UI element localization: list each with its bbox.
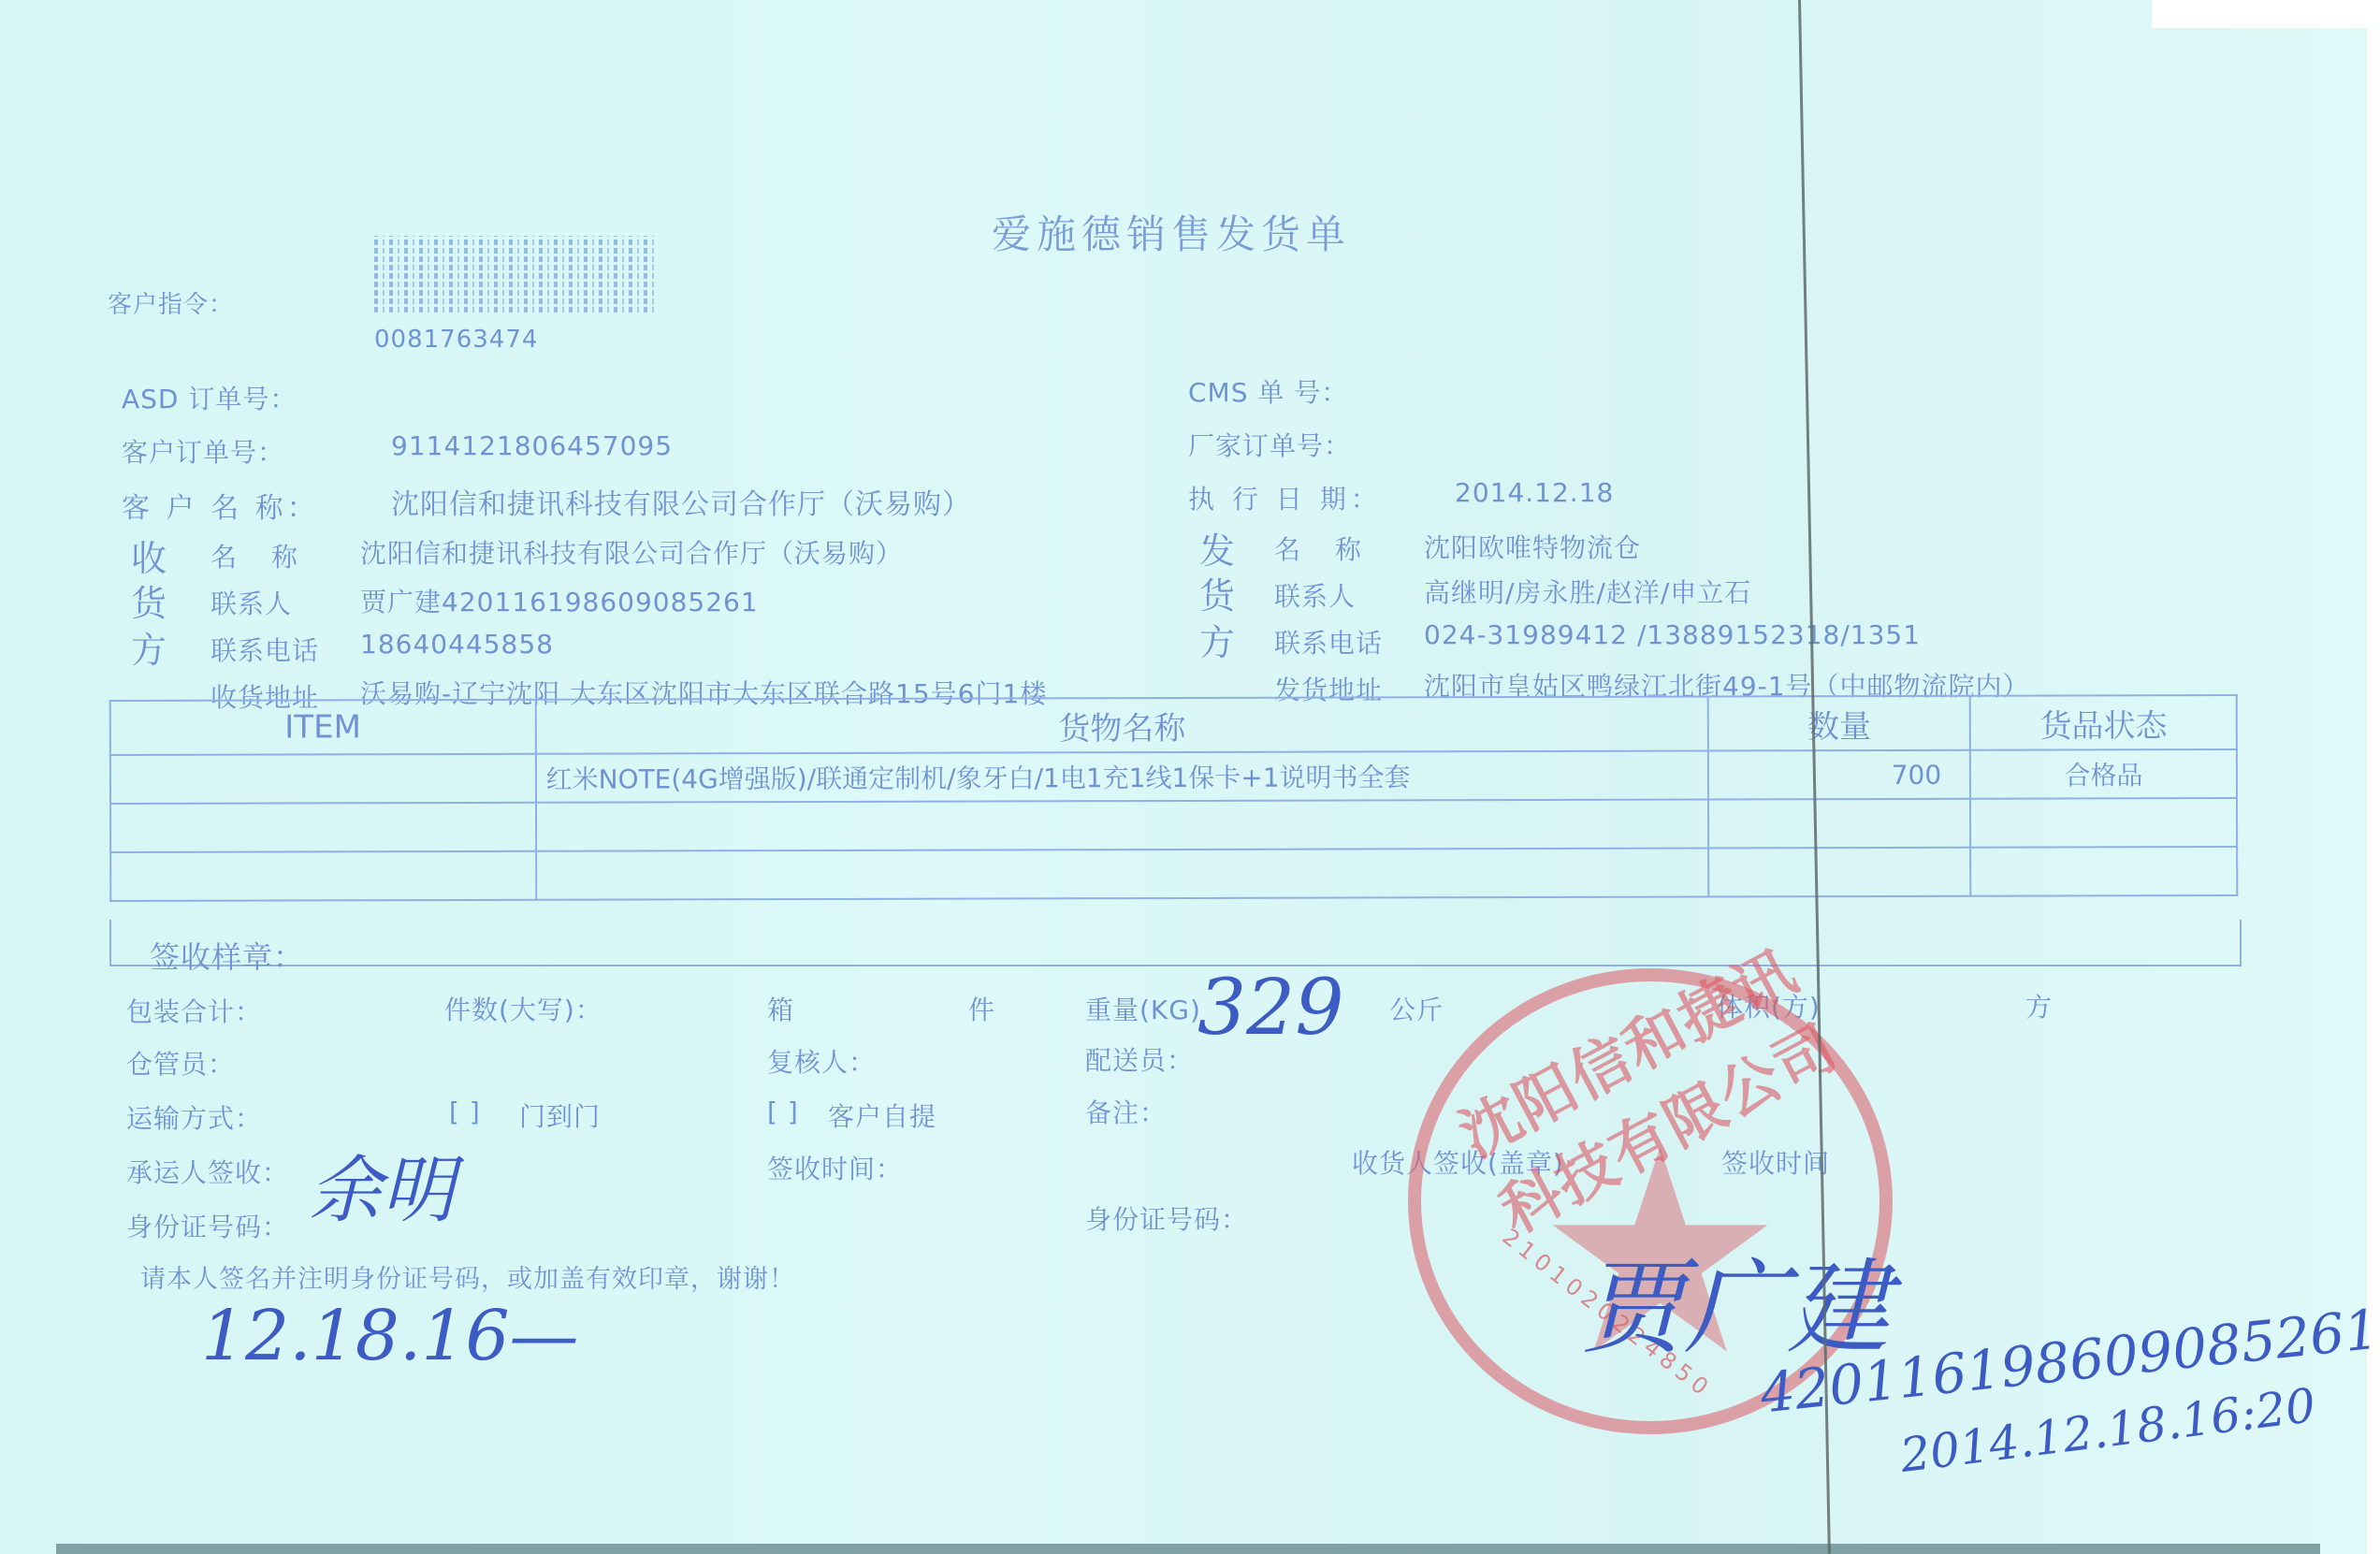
door-to-door-checkbox[interactable]: [ ] [449, 1097, 481, 1127]
table-row: 红米NOTE(4G增强版)/联通定制机/象牙白/1电1充1线1保卡+1说明书全套… [110, 749, 2237, 804]
customer-order-label: 客户订单号： [122, 432, 284, 470]
table-row [110, 847, 2237, 901]
goods-table: ITEM 货物名称 数量 货品状态 红米NOTE(4G增强版)/联通定制机/象牙… [109, 694, 2239, 902]
column-header-goods-name: 货物名称 [535, 697, 1708, 754]
receiver-name-label: 名 称 [210, 537, 311, 574]
perforated-edge [56, 1544, 2320, 1554]
weight-value: 329 [1197, 964, 1344, 1053]
column-header-quantity: 数量 [1708, 696, 1970, 751]
receiver-contact-value: 贾广建420116198609085261 [360, 582, 759, 619]
paper-edge [2152, 0, 2380, 28]
cell-item [110, 754, 536, 804]
volume-unit: 方 [2025, 987, 2053, 1024]
remark-label: 备注： [1085, 1093, 1167, 1130]
shipper-side-char: 货 [1199, 567, 1236, 618]
vendor-order-label: 厂家订单号： [1188, 426, 1351, 463]
cell-status [1970, 798, 2237, 848]
carrier-signature: 余明 [309, 1132, 455, 1237]
cell-quantity: 700 [1708, 750, 1970, 800]
self-pickup-label: 客户自提 [828, 1097, 936, 1134]
customer-name-value: 沈阳信和捷讯科技有限公司合作厅（沃易购） [391, 481, 971, 522]
customer-instruction-label: 客户指令： [108, 285, 234, 320]
receiver-side-char: 收 [131, 530, 167, 581]
pieces-label: 件数(大写)： [444, 990, 602, 1027]
handwritten-time-left: 12.18.16— [201, 1296, 579, 1376]
customer-instruction-value: 0081763474 [374, 326, 538, 354]
warehouse-keeper-label: 仓管员： [126, 1044, 235, 1082]
cell-item [110, 851, 536, 901]
shipper-phone-label: 联系电话 [1274, 623, 1383, 661]
receiver-phone-value: 18640445858 [360, 629, 554, 660]
package-total-label: 包装合计： [126, 992, 262, 1029]
box-label: 箱 [767, 990, 794, 1027]
sign-time-label: 签收时间： [767, 1149, 903, 1186]
cms-label: CMS 单 号： [1188, 372, 1348, 410]
exec-date-label: 执 行 日 期： [1188, 479, 1382, 516]
shipper-phone-value: 024-31989412 /13889152318/1351 [1424, 619, 1921, 650]
id-number-label-right: 身份证号码： [1085, 1199, 1248, 1237]
shipper-contact-label: 联系人 [1274, 576, 1356, 614]
asd-order-label: ASD 订单号： [122, 379, 297, 416]
column-header-item: ITEM [110, 700, 536, 755]
cell-goods-name: 红米NOTE(4G增强版)/联通定制机/象牙白/1电1充1线1保卡+1说明书全套 [535, 751, 1708, 803]
exec-date-value: 2014.12.18 [1455, 477, 1614, 508]
cell-goods-name [536, 849, 1709, 900]
carrier-sign-label: 承运人签收： [126, 1153, 289, 1190]
signature-instruction-note: 请本人签名并注明身份证号码，或加盖有效印章，谢谢！ [140, 1258, 795, 1295]
door-to-door-label: 门到门 [519, 1097, 601, 1134]
shipper-name-label: 名 称 [1274, 530, 1374, 567]
cell-status [1970, 847, 2237, 896]
cell-goods-name [536, 800, 1709, 851]
cell-item [110, 803, 536, 852]
cell-quantity [1708, 799, 1970, 849]
barcode-icon [374, 236, 655, 312]
receiver-side-char: 方 [131, 621, 167, 673]
sign-stamp-label: 签收样章： [150, 934, 304, 977]
self-pickup-checkbox[interactable]: [ ] [767, 1097, 799, 1127]
weight-label: 重量(KG) [1085, 990, 1201, 1027]
delivery-person-label: 配送员： [1085, 1040, 1194, 1078]
id-number-label-left: 身份证号码： [126, 1207, 289, 1244]
customer-order-value: 9114121806457095 [391, 430, 673, 461]
receiver-name-value: 沈阳信和捷讯科技有限公司合作厅（沃易购） [360, 533, 903, 571]
sign-stamp-row [109, 920, 2242, 966]
table-row [110, 798, 2237, 852]
weight-unit: 公斤 [1389, 990, 1444, 1027]
shipper-side-char: 发 [1199, 522, 1236, 574]
receiver-contact-label: 联系人 [210, 584, 292, 621]
cell-quantity [1709, 848, 1971, 897]
table-header-row: ITEM 货物名称 数量 货品状态 [110, 695, 2237, 755]
receiver-phone-label: 联系电话 [210, 631, 319, 668]
customer-name-label: 客 户 名 称： [122, 485, 319, 526]
cell-status: 合格品 [1970, 749, 2237, 799]
piece-label: 件 [968, 990, 995, 1027]
reviewer-label: 复核人： [767, 1042, 876, 1080]
column-header-status: 货品状态 [1970, 695, 2237, 750]
receiver-signature: 贾广建 [1581, 1226, 1890, 1373]
receiver-side-char: 货 [131, 574, 167, 626]
shipper-contact-value: 高继明/房永胜/赵洋/申立石 [1424, 573, 1751, 610]
shipper-side-char: 方 [1199, 614, 1236, 665]
shipper-name-value: 沈阳欧唯特物流仓 [1424, 528, 1641, 565]
transport-method-label: 运输方式： [126, 1098, 262, 1136]
document-title: 爱施德销售发货单 [992, 204, 1351, 260]
